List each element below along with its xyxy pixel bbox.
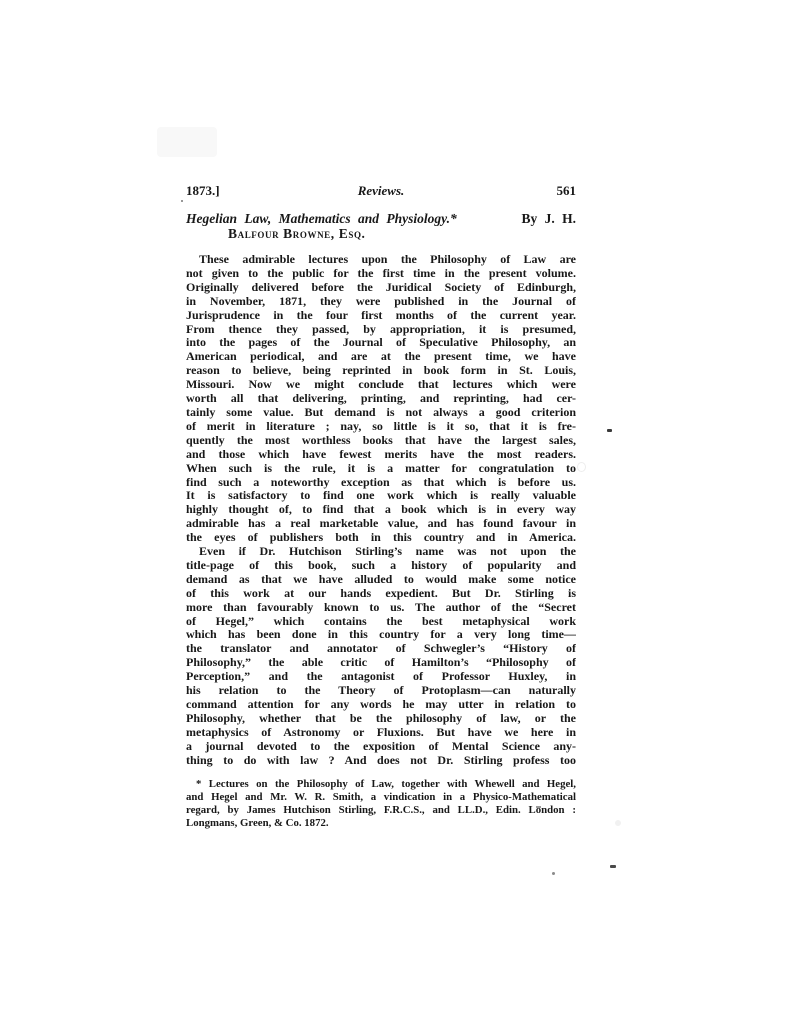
text-line: demand as that we have alluded to would … (186, 573, 576, 587)
article-byline: By J. H. (521, 211, 576, 226)
text-line: quently the most worthless books that ha… (186, 434, 576, 448)
text-line: It is satisfactory to find one work whic… (186, 489, 576, 503)
text-line: command attention for any words he may u… (186, 698, 576, 712)
text-line: Jurisprudence in the four first months o… (186, 309, 576, 323)
text-line: which has been done in this country for … (186, 628, 576, 642)
text-line: into the pages of the Journal of Specula… (186, 336, 576, 350)
text-line: title-page of this book, such a history … (186, 559, 576, 573)
text-line: reason to believe, being reprinted in bo… (186, 364, 576, 378)
text-line: and Hegel and Mr. W. R. Smith, a vindica… (186, 791, 576, 804)
text-line: more than favourably known to us. The au… (186, 601, 576, 615)
text-line: regard, by James Hutchison Stirling, F.R… (186, 804, 576, 817)
text-line: admirable has a real marketable value, a… (186, 517, 576, 531)
text-line: find such a noteworthy exception as that… (186, 476, 576, 490)
text-line: Longmans, Green, & Co. 1872. (186, 817, 576, 830)
text-line: Originally delivered before the Juridica… (186, 281, 576, 295)
text-line: These admirable lectures upon the Philos… (186, 253, 576, 267)
header-page-number: 561 (404, 184, 576, 198)
text-line: of this work at our hands expedient. But… (186, 587, 576, 601)
text-line: tainly some value. But demand is not alw… (186, 406, 576, 420)
text-line: Philosophy, whether that be the philosop… (186, 712, 576, 726)
text-line: metaphysics of Astronomy or Fluxions. Bu… (186, 726, 576, 740)
text-line: American periodical, and are at the pres… (186, 350, 576, 364)
text-line: of Hegel,” which contains the best metap… (186, 615, 576, 629)
text-line: highly thought of, to find that a book w… (186, 503, 576, 517)
text-line: When such is the rule, it is a matter fo… (186, 462, 576, 476)
header-year: 1873.] (186, 184, 358, 198)
text-line: the translator and annotator of Schwegle… (186, 642, 576, 656)
text-line: the eyes of publishers both in this coun… (186, 531, 576, 545)
scan-speck (181, 200, 183, 202)
text-block: 1873.] Reviews. 561 Hegelian Law, Mathem… (186, 184, 576, 830)
text-line: thing to do with law ? And does not Dr. … (186, 754, 576, 768)
text-line: From thence they passed, by appropriatio… (186, 323, 576, 337)
text-line: Philosophy,” the able critic of Hamilton… (186, 656, 576, 670)
article-title-line: Hegelian Law, Mathematics and Physiology… (186, 211, 576, 226)
text-line: a journal devoted to the exposition of M… (186, 740, 576, 754)
scanned-journal-page: 1873.] Reviews. 561 Hegelian Law, Mathem… (0, 0, 800, 1036)
text-line: and those which have fewest merits have … (186, 448, 576, 462)
scan-speck (615, 820, 621, 826)
running-header: 1873.] Reviews. 561 (186, 184, 576, 198)
text-line: worth all that delivering, printing, and… (186, 392, 576, 406)
article-title: Hegelian Law, Mathematics and Physiology… (186, 211, 457, 226)
text-line: not given to the public for the first ti… (186, 267, 576, 281)
text-line: Perception,” and the antagonist of Profe… (186, 670, 576, 684)
text-line: in November, 1871, they were published i… (186, 295, 576, 309)
scan-speck (607, 429, 612, 432)
text-line: Even if Dr. Hutchison Stirling’s name wa… (186, 545, 576, 559)
paragraph-1: These admirable lectures upon the Philos… (186, 253, 576, 545)
scan-speck (552, 872, 555, 875)
scan-ghost-mark (157, 127, 217, 157)
text-line: Missouri. Now we might conclude that lec… (186, 378, 576, 392)
scan-speck (536, 806, 541, 808)
footnote: * Lectures on the Philosophy of Law, tog… (186, 778, 576, 830)
text-line: of merit in literature ; nay, so little … (186, 420, 576, 434)
text-line: his relation to the Theory of Protoplasm… (186, 684, 576, 698)
scan-speck (577, 462, 586, 472)
scan-speck (610, 865, 616, 868)
paragraph-2: Even if Dr. Hutchison Stirling’s name wa… (186, 545, 576, 768)
body-text: These admirable lectures upon the Philos… (186, 253, 576, 768)
header-section: Reviews. (358, 184, 405, 198)
article-author: Balfour Browne, Esq. (186, 226, 576, 241)
text-line: * Lectures on the Philosophy of Law, tog… (186, 778, 576, 791)
